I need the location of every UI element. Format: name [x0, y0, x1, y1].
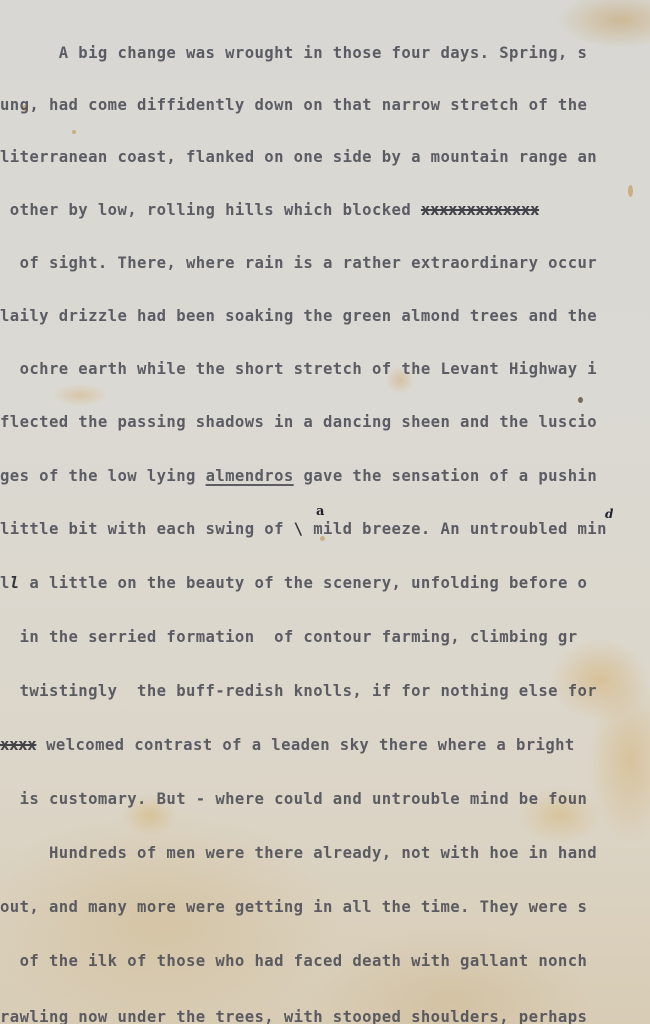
- text-line-2: ung, had come diffidently down on that n…: [0, 96, 587, 114]
- text-line-10: little bit with each swing of \ mild bre…: [0, 520, 607, 538]
- text-line-7: ochre earth while the short stretch of t…: [0, 360, 597, 378]
- text-line-18: of the ilk of those who had faced death …: [0, 952, 587, 970]
- stain: [72, 130, 76, 134]
- caret-mark: \: [294, 520, 304, 538]
- struck-text: xxxx: [0, 736, 36, 754]
- text-line-13: twistingly the buff-redish knolls, if fo…: [0, 682, 597, 700]
- text-line-9: ges of the low lying almendros gave the …: [0, 467, 597, 485]
- underlined-word: almendros: [206, 467, 294, 485]
- stain: [578, 397, 583, 403]
- text-line-5: of sight. There, where rain is a rather …: [0, 254, 597, 272]
- text-line-3: literranean coast, flanked on one side b…: [0, 148, 597, 166]
- text-line-6: laily drizzle had been soaking the green…: [0, 307, 597, 325]
- document-page: A big change was wrought in those four d…: [0, 0, 650, 1024]
- text-line-4: other by low, rolling hills which blocke…: [0, 201, 539, 219]
- text-line-1: A big change was wrought in those four d…: [0, 44, 587, 62]
- text-line-17: out, and many more were getting in all t…: [0, 898, 587, 916]
- stain: [628, 185, 633, 197]
- text-line-15: is customary. But - where could and untr…: [0, 790, 587, 808]
- handwritten-annotation: a: [316, 504, 324, 519]
- text-line-16: Hundreds of men were there already, not …: [0, 844, 597, 862]
- struck-text: xxxxxxxxxxxxx: [421, 201, 539, 219]
- text-line-8: flected the passing shadows in a dancing…: [0, 413, 597, 431]
- text-line-19: rawling now under the trees, with stoope…: [0, 1008, 587, 1024]
- handwritten-mark: l: [10, 574, 20, 592]
- handwritten-annotation: d: [605, 507, 613, 521]
- text-line-11: ll a little on the beauty of the scenery…: [0, 574, 587, 592]
- text-line-12: in the serried formation of contour farm…: [0, 628, 578, 646]
- text-line-14: xxxx welcomed contrast of a leaden sky t…: [0, 736, 575, 754]
